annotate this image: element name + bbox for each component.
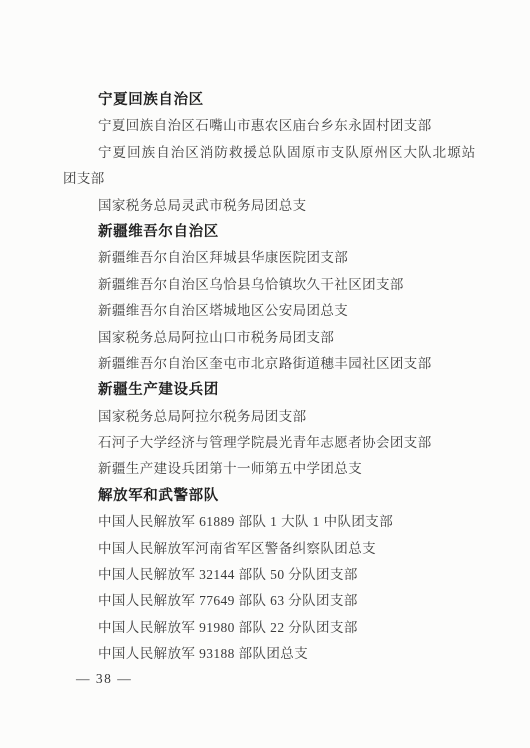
entry-line: 中国人民解放军 32144 部队 50 分队团支部	[63, 562, 469, 588]
section-heading-xinjiang: 新疆维吾尔自治区	[63, 219, 469, 245]
entry-line: 中国人民解放军河南省军区警备纠察队团总支	[63, 536, 469, 562]
entry-line: 国家税务总局阿拉尔税务局团支部	[63, 404, 469, 430]
section-heading-ningxia: 宁夏回族自治区	[63, 87, 469, 113]
entry-line: 宁夏回族自治区石嘴山市惠农区庙台乡东永固村团支部	[63, 113, 469, 139]
entry-line: 新疆维吾尔自治区乌恰县乌恰镇坎久干社区团支部	[63, 272, 469, 298]
entry-line: 新疆维吾尔自治区奎屯市北京路街道穗丰园社区团支部	[63, 351, 469, 377]
entry-line: 新疆维吾尔自治区拜城县华康医院团支部	[63, 245, 469, 271]
entry-line: 中国人民解放军 61889 部队 1 大队 1 中队团支部	[63, 509, 469, 535]
document-page: 宁夏回族自治区 宁夏回族自治区石嘴山市惠农区庙台乡东永固村团支部 宁夏回族自治区…	[0, 0, 530, 748]
entry-line: 国家税务总局灵武市税务局团总支	[63, 193, 469, 219]
section-heading-xpcc: 新疆生产建设兵团	[63, 377, 469, 403]
entry-line-continuation: 团支部	[63, 166, 469, 192]
entry-line: 石河子大学经济与管理学院晨光青年志愿者协会团支部	[63, 430, 469, 456]
entry-line: 中国人民解放军 93188 部队团总支	[63, 641, 469, 667]
entry-line: 新疆维吾尔自治区塔城地区公安局团总支	[63, 298, 469, 324]
document-body: 宁夏回族自治区 宁夏回族自治区石嘴山市惠农区庙台乡东永固村团支部 宁夏回族自治区…	[63, 87, 469, 668]
entry-line: 新疆生产建设兵团第十一师第五中学团总支	[63, 456, 469, 482]
section-heading-military: 解放军和武警部队	[63, 483, 469, 509]
page-number: — 38 —	[76, 666, 132, 692]
entry-line: 中国人民解放军 91980 部队 22 分队团支部	[63, 615, 469, 641]
entry-line: 宁夏回族自治区消防救援总队固原市支队原州区大队北塬站	[63, 140, 469, 166]
entry-line: 国家税务总局阿拉山口市税务局团支部	[63, 325, 469, 351]
entry-line: 中国人民解放军 77649 部队 63 分队团支部	[63, 588, 469, 614]
